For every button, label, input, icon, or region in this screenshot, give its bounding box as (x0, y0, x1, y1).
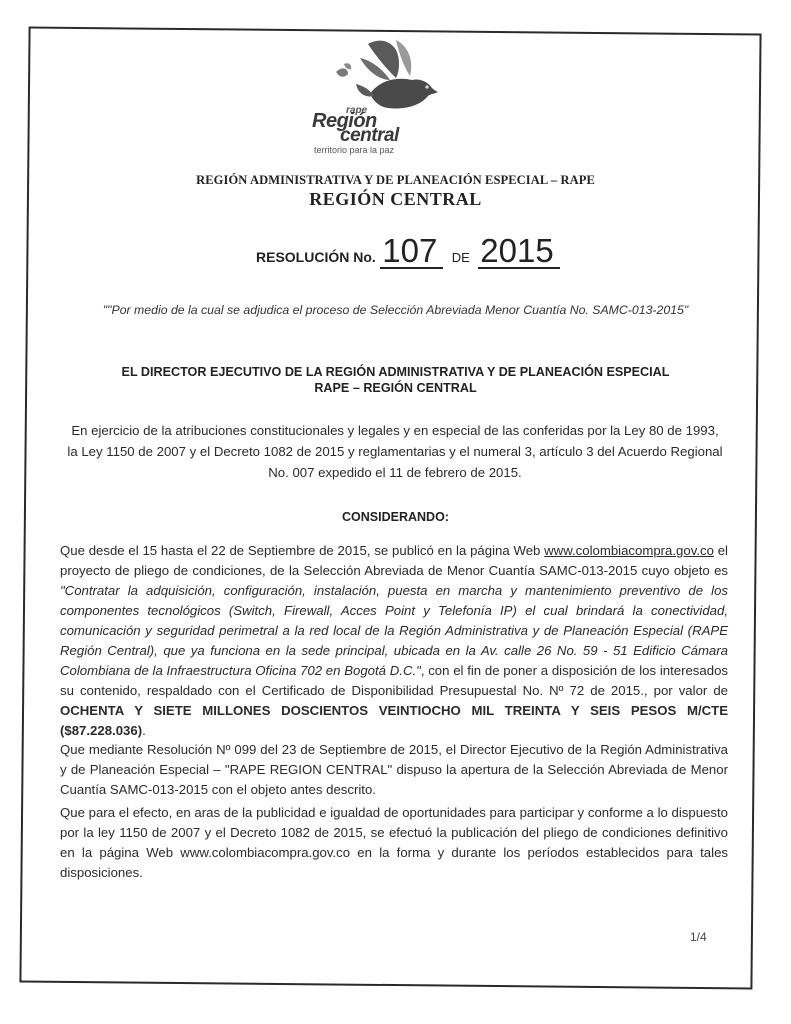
logo-tagline: territorio para la paz (314, 145, 394, 155)
preamble-text: En ejercicio de la atribuciones constitu… (65, 420, 725, 483)
resolution-de: DE (452, 250, 470, 265)
resolution-subtitle: ""Por medio de la cual se adjudica el pr… (0, 303, 791, 317)
paragraph-3: Que para el efecto, en aras de la public… (60, 803, 728, 883)
logo-central-text: central (340, 125, 399, 147)
paragraph-2: Que mediante Resolución Nº 099 del 23 de… (60, 740, 728, 800)
org-name-line1: REGIÓN ADMINISTRATIVA Y DE PLANEACIÓN ES… (0, 173, 791, 188)
page-number: 1/4 (690, 930, 707, 944)
considerando-heading: CONSIDERANDO: (0, 510, 791, 524)
director-heading: EL DIRECTOR EJECUTIVO DE LA REGIÓN ADMIN… (0, 364, 791, 396)
paragraph-1: Que desde el 15 hasta el 22 de Septiembr… (60, 541, 728, 741)
p1-intro: Que desde el 15 hasta el 22 de Septiembr… (60, 543, 544, 558)
colombiacompra-link[interactable]: www.colombiacompra.gov.co (544, 543, 714, 558)
org-name-line2: REGIÓN CENTRAL (0, 189, 791, 210)
director-line1: EL DIRECTOR EJECUTIVO DE LA REGIÓN ADMIN… (0, 364, 791, 380)
document-page: rape Región central territorio para la p… (0, 0, 791, 1024)
resolution-heading: RESOLUCIÓN No. 107 DE 2015 (256, 235, 560, 269)
director-line2: RAPE – REGIÓN CENTRAL (0, 380, 791, 396)
p1-end: . (142, 723, 146, 738)
resolution-label: RESOLUCIÓN No. (256, 249, 376, 265)
resolution-year: 2015 (478, 235, 559, 269)
resolution-number: 107 (380, 235, 443, 269)
p1-amount: OCHENTA Y SIETE MILLONES DOSCIENTOS VEIN… (60, 703, 728, 738)
